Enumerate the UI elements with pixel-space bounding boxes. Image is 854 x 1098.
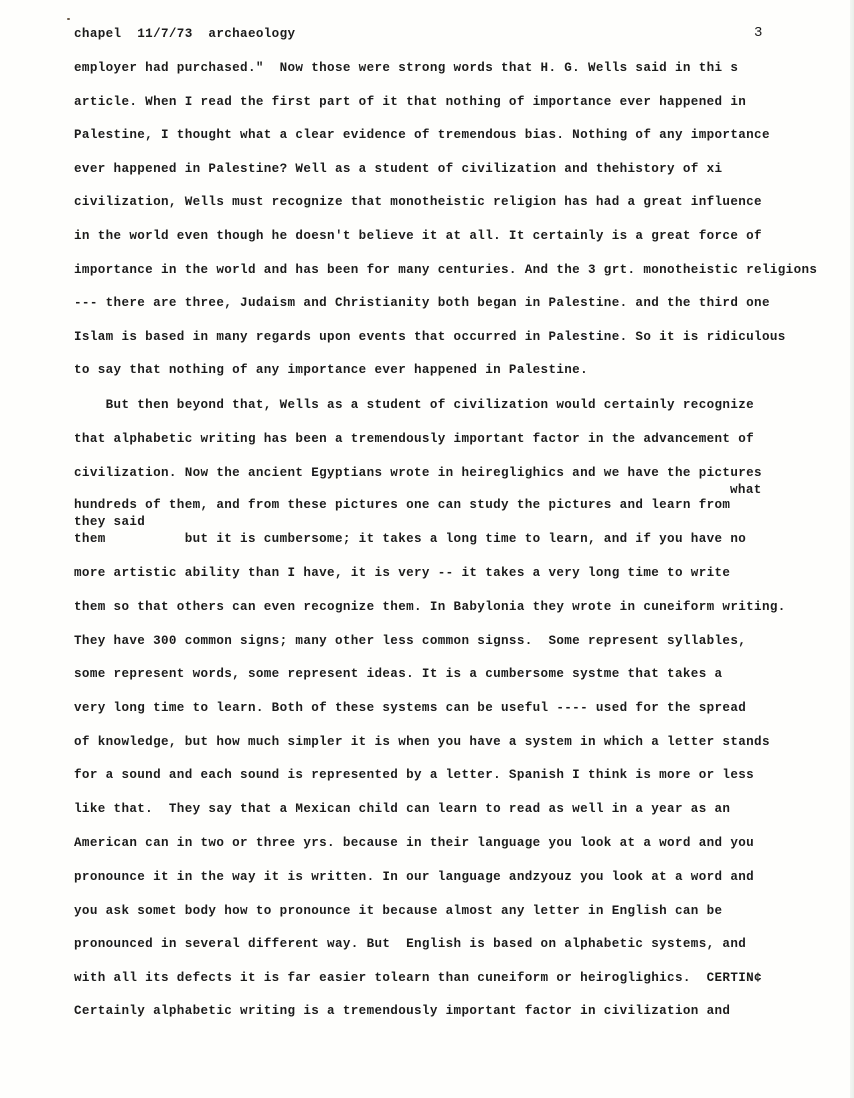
text-line: They have 300 common signs; many other l… bbox=[74, 633, 746, 649]
text-line: Certainly alphabetic writing is a tremen… bbox=[74, 1003, 730, 1019]
document-header: chapel 11/7/73 archaeology bbox=[74, 26, 295, 42]
text-line: very long time to learn. Both of these s… bbox=[74, 700, 746, 716]
text-line: you ask somet body how to pronounce it b… bbox=[74, 903, 722, 919]
text-line: some represent words, some represent ide… bbox=[74, 666, 722, 682]
text-line: pronounced in several different way. But… bbox=[74, 936, 746, 952]
ink-speck bbox=[67, 18, 70, 20]
text-line: importance in the world and has been for… bbox=[74, 262, 817, 278]
text-line: with all its defects it is far easier to… bbox=[74, 970, 762, 986]
text-line: But then beyond that, Wells as a student… bbox=[74, 397, 754, 413]
text-line: employer had purchased." Now those were … bbox=[74, 60, 738, 76]
text-line: them but it is cumbersome; it takes a lo… bbox=[74, 531, 746, 547]
text-line: civilization. Now the ancient Egyptians … bbox=[74, 465, 762, 481]
text-line: more artistic ability than I have, it is… bbox=[74, 565, 730, 581]
text-line: that alphabetic writing has been a treme… bbox=[74, 431, 754, 447]
text-line: hundreds of them, and from these picture… bbox=[74, 497, 730, 513]
page-edge bbox=[850, 0, 854, 1098]
text-line: to say that nothing of any importance ev… bbox=[74, 362, 588, 378]
text-line: American can in two or three yrs. becaus… bbox=[74, 835, 754, 851]
text-line: ever happened in Palestine? Well as a st… bbox=[74, 161, 722, 177]
text-line: for a sound and each sound is represente… bbox=[74, 767, 754, 783]
handwritten-insert-what: what bbox=[730, 483, 762, 497]
page-number: 3 bbox=[754, 25, 762, 41]
text-line: article. When I read the first part of i… bbox=[74, 94, 746, 110]
text-line: pronounce it in the way it is written. I… bbox=[74, 869, 754, 885]
text-line: like that. They say that a Mexican child… bbox=[74, 801, 730, 817]
text-line: Islam is based in many regards upon even… bbox=[74, 329, 786, 345]
text-line: in the world even though he doesn't beli… bbox=[74, 228, 762, 244]
text-line: civilization, Wells must recognize that … bbox=[74, 194, 762, 210]
insert-they-said: they said bbox=[74, 515, 145, 529]
text-line: Palestine, I thought what a clear eviden… bbox=[74, 127, 770, 143]
text-line: of knowledge, but how much simpler it is… bbox=[74, 734, 770, 750]
text-line: them so that others can even recognize t… bbox=[74, 599, 786, 615]
typewritten-page: chapel 11/7/73 archaeology 3 employer ha… bbox=[0, 0, 854, 1098]
text-line: --- there are three, Judaism and Christi… bbox=[74, 295, 770, 311]
